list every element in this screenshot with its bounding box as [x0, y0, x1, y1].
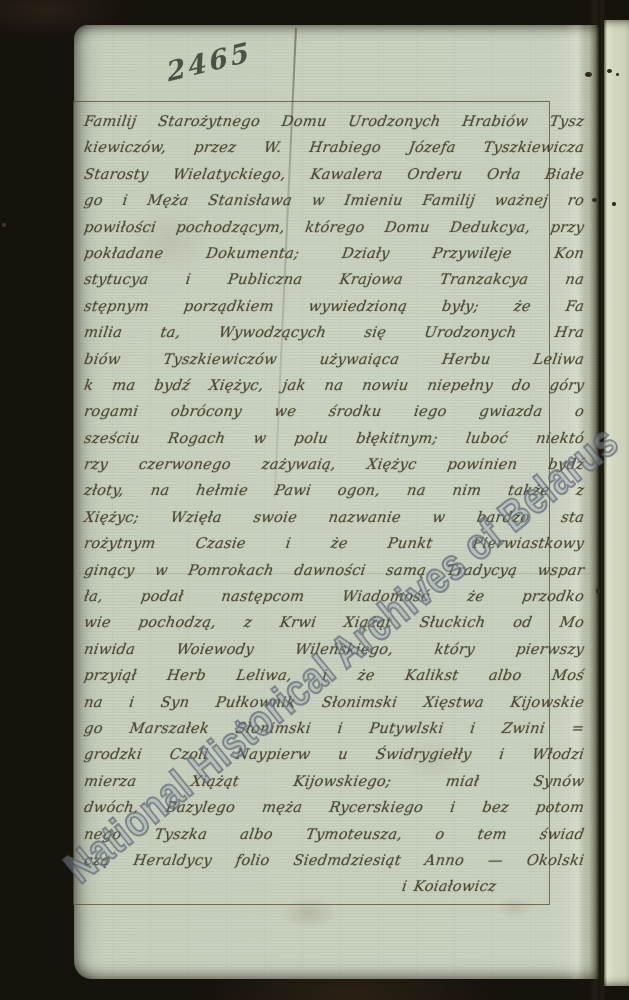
manuscript-line: niwida Woiewody Wileńskiego, który pierw…	[82, 637, 586, 663]
manuscript-line: milia ta, Wywodzących się Urodzonych Hra	[82, 320, 586, 346]
manuscript-line: Familij Starożytnego Domu Urodzonych Hra…	[82, 109, 586, 135]
manuscript-line: biów Tyszkiewiczów używaiąca Herbu Leliw…	[82, 347, 586, 373]
manuscript-line: kiewiczów, przez W. Hrabiego Józefa Tysz…	[82, 135, 586, 161]
manuscript-line: go i Męża Stanisława w Imieniu Familij w…	[82, 188, 586, 214]
manuscript-line: sześciu Rogach w polu błękitnym; luboć n…	[82, 426, 586, 452]
ink-speck	[592, 198, 597, 202]
manuscript-line: ła, podał następcom Wiadomość że przodko	[82, 584, 586, 610]
manuscript-line: rzy czerwonego zażywaią, Xiężyc powinien…	[82, 452, 586, 478]
manuscript-line: mierza Xiążąt Kijowskiego; miał Synów	[82, 769, 586, 795]
ink-speck	[585, 72, 592, 77]
adjacent-page-edge	[604, 20, 629, 986]
manuscript-line: Starosty Wielatyckiego, Kawalera Orderu …	[82, 162, 586, 188]
manuscript-line: dwóch, Bazylego męża Rycerskiego i bez p…	[82, 795, 586, 821]
ink-speck	[596, 588, 600, 594]
manuscript-line: powiłości pochodzącym, którego Domu Dedu…	[82, 215, 586, 241]
scan-background: 2465 Familij Starożytnego Domu Urodzonyc…	[0, 0, 629, 1000]
manuscript-line: rogami obrócony we środku iego gwiazda o	[82, 399, 586, 425]
manuscript-line: stępnym porządkiem wywiedzioną były; że …	[82, 294, 586, 320]
ink-speck	[607, 69, 612, 73]
ink-speck	[2, 223, 6, 227]
manuscript-line: i Koiałowicz	[82, 874, 586, 900]
manuscript-line: stytucya i Publiczna Krajowa Tranzakcya …	[82, 267, 586, 293]
manuscript-line: pokładane Dokumenta; Działy Przywileje K…	[82, 241, 586, 267]
manuscript-line: k ma bydź Xiężyc, jak na nowiu niepełny …	[82, 373, 586, 399]
manuscript-line: nego Tyszka albo Tymoteusza, o tem świad	[82, 822, 586, 848]
manuscript-lines: Familij Starożytnego Domu Urodzonych Hra…	[82, 109, 582, 901]
manuscript-line: grodzki Czoli Naypierw u Świdrygiełły i …	[82, 742, 586, 768]
ink-speck	[616, 73, 619, 76]
manuscript-line: go Marszałek Słonimski i Putywlski i Zwi…	[82, 716, 586, 742]
manuscript-line: Xiężyc; Wzięła swoie nazwanie w bardzo s…	[82, 505, 586, 531]
manuscript-line: rożytnym Czasie i że Punkt Pierwiastkowy	[82, 531, 586, 557]
manuscript-line: ginący w Pomrokach dawności samą Tradycy…	[82, 558, 586, 584]
manuscript-line: złoty, na hełmie Pawi ogon, na nim także…	[82, 478, 586, 504]
manuscript-line: na i Syn Pułkownik Słonimski Xięstwa Kij…	[82, 690, 586, 716]
manuscript-page: 2465 Familij Starożytnego Domu Urodzonyc…	[74, 25, 599, 979]
ink-speck	[612, 202, 616, 206]
manuscript-line: przyiął Herb Leliwa, i że Kalikst albo M…	[82, 663, 586, 689]
manuscript-line: wie pochodzą, z Krwi Xiążąt Słuckich od …	[82, 610, 586, 636]
page-number-annotation: 2465	[165, 37, 254, 89]
manuscript-line: czą Heraldycy folio Siedmdziesiąt Anno —…	[82, 848, 586, 874]
